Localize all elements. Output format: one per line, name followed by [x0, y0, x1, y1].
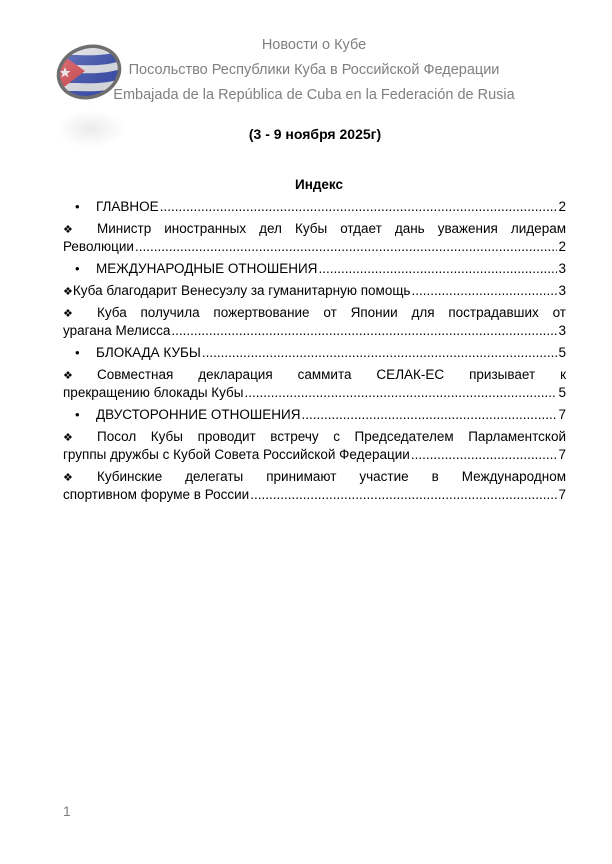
- toc-entry-title: МЕЖДУНАРОДНЫЕ ОТНОШЕНИЯ: [96, 260, 317, 278]
- dot-leader: [250, 486, 557, 504]
- page-number: 1: [63, 803, 71, 819]
- date-range: (3 - 9 ноября 2025г): [0, 126, 612, 142]
- dot-leader: [160, 198, 558, 216]
- index-heading: Индекс: [0, 177, 612, 192]
- toc-section-blockade[interactable]: • БЛОКАДА КУБЫ 5: [63, 344, 566, 362]
- toc-section-bilateral[interactable]: • ДВУСТОРОННИЕ ОТНОШЕНИЯ 7: [63, 406, 566, 424]
- table-of-contents: • ГЛАВНОЕ 2 ❖Министр иностранных дел Куб…: [63, 198, 566, 508]
- toc-entry-title-line1: Посол Кубы проводит встречу с Председате…: [97, 429, 566, 444]
- bullet-icon: •: [75, 260, 96, 278]
- toc-section-international[interactable]: • МЕЖДУНАРОДНЫЕ ОТНОШЕНИЯ 3: [63, 260, 566, 278]
- toc-entry-title: ГЛАВНОЕ: [96, 198, 159, 216]
- toc-entry-page: 3: [558, 322, 566, 340]
- diamond-bullet-icon: ❖: [63, 429, 97, 446]
- document-header: Новости о Кубе Посольство Республики Куб…: [0, 33, 612, 108]
- toc-article-ambassador-meeting[interactable]: ❖Посол Кубы проводит встречу с Председат…: [63, 428, 566, 464]
- toc-entry-title-line1: Куба получила пожертвование от Японии дл…: [97, 305, 566, 320]
- header-embassy-ru: Посольство Республики Куба в Российской …: [0, 58, 612, 83]
- diamond-bullet-icon: ❖: [63, 221, 97, 238]
- diamond-bullet-icon: ❖: [63, 367, 97, 384]
- toc-entry-page: 7: [558, 406, 566, 424]
- dot-leader: [202, 344, 558, 362]
- dot-leader: [245, 384, 558, 402]
- bullet-icon: •: [75, 198, 96, 216]
- toc-entry-page: 2: [558, 238, 566, 256]
- diamond-bullet-icon: ❖: [63, 283, 73, 301]
- toc-entry-title-line1: Совместная декларация саммита СЕЛАК-ЕС п…: [97, 367, 566, 382]
- toc-entry-title: ДВУСТОРОННИЕ ОТНОШЕНИЯ: [96, 406, 300, 424]
- toc-article-sports-forum[interactable]: ❖Кубинские делегаты принимают участие в …: [63, 468, 566, 504]
- dot-leader: [301, 406, 557, 424]
- toc-entry-page: 5: [558, 344, 566, 362]
- toc-entry-page: 3: [558, 260, 566, 278]
- dot-leader: [411, 446, 558, 464]
- header-embassy-es: Embajada de la República de Cuba en la F…: [0, 83, 612, 108]
- toc-entry-title: БЛОКАДА КУБЫ: [96, 344, 201, 362]
- toc-entry-title-line1: Кубинские делегаты принимают участие в М…: [97, 469, 566, 484]
- toc-entry-page: 5: [558, 384, 566, 402]
- bullet-icon: •: [75, 406, 96, 424]
- dot-leader: [171, 322, 557, 340]
- dot-leader: [318, 260, 557, 278]
- toc-entry-title-line2: Революции: [63, 238, 134, 256]
- toc-entry-title-line2: спортивном форуме в России: [63, 486, 249, 504]
- toc-article-minister[interactable]: ❖Министр иностранных дел Кубы отдает дан…: [63, 220, 566, 256]
- bullet-icon: •: [75, 344, 96, 362]
- header-title: Новости о Кубе: [0, 33, 612, 58]
- toc-entry-page: 2: [558, 198, 566, 216]
- toc-entry-title-line1: Министр иностранных дел Кубы отдает дань…: [97, 221, 566, 236]
- toc-article-celac-eu[interactable]: ❖Совместная декларация саммита СЕЛАК-ЕС …: [63, 366, 566, 402]
- dot-leader: [411, 282, 557, 300]
- toc-section-main[interactable]: • ГЛАВНОЕ 2: [63, 198, 566, 216]
- dot-leader: [135, 238, 558, 256]
- toc-entry-title-line2: группы дружбы с Кубой Совета Российской …: [63, 446, 410, 464]
- toc-article-venezuela[interactable]: ❖ Куба благодарит Венесуэлу за гуманитар…: [63, 282, 566, 300]
- toc-entry-page: 3: [558, 282, 566, 300]
- toc-entry-title-line2: прекращению блокады Кубы: [63, 384, 244, 402]
- toc-entry-title: Куба благодарит Венесуэлу за гуманитарну…: [73, 282, 411, 300]
- toc-article-japan[interactable]: ❖Куба получила пожертвование от Японии д…: [63, 304, 566, 340]
- toc-entry-page: 7: [558, 446, 566, 464]
- diamond-bullet-icon: ❖: [63, 469, 97, 486]
- toc-entry-title-line2: урагана Мелисса: [63, 322, 170, 340]
- toc-entry-page: 7: [558, 486, 566, 504]
- diamond-bullet-icon: ❖: [63, 305, 97, 322]
